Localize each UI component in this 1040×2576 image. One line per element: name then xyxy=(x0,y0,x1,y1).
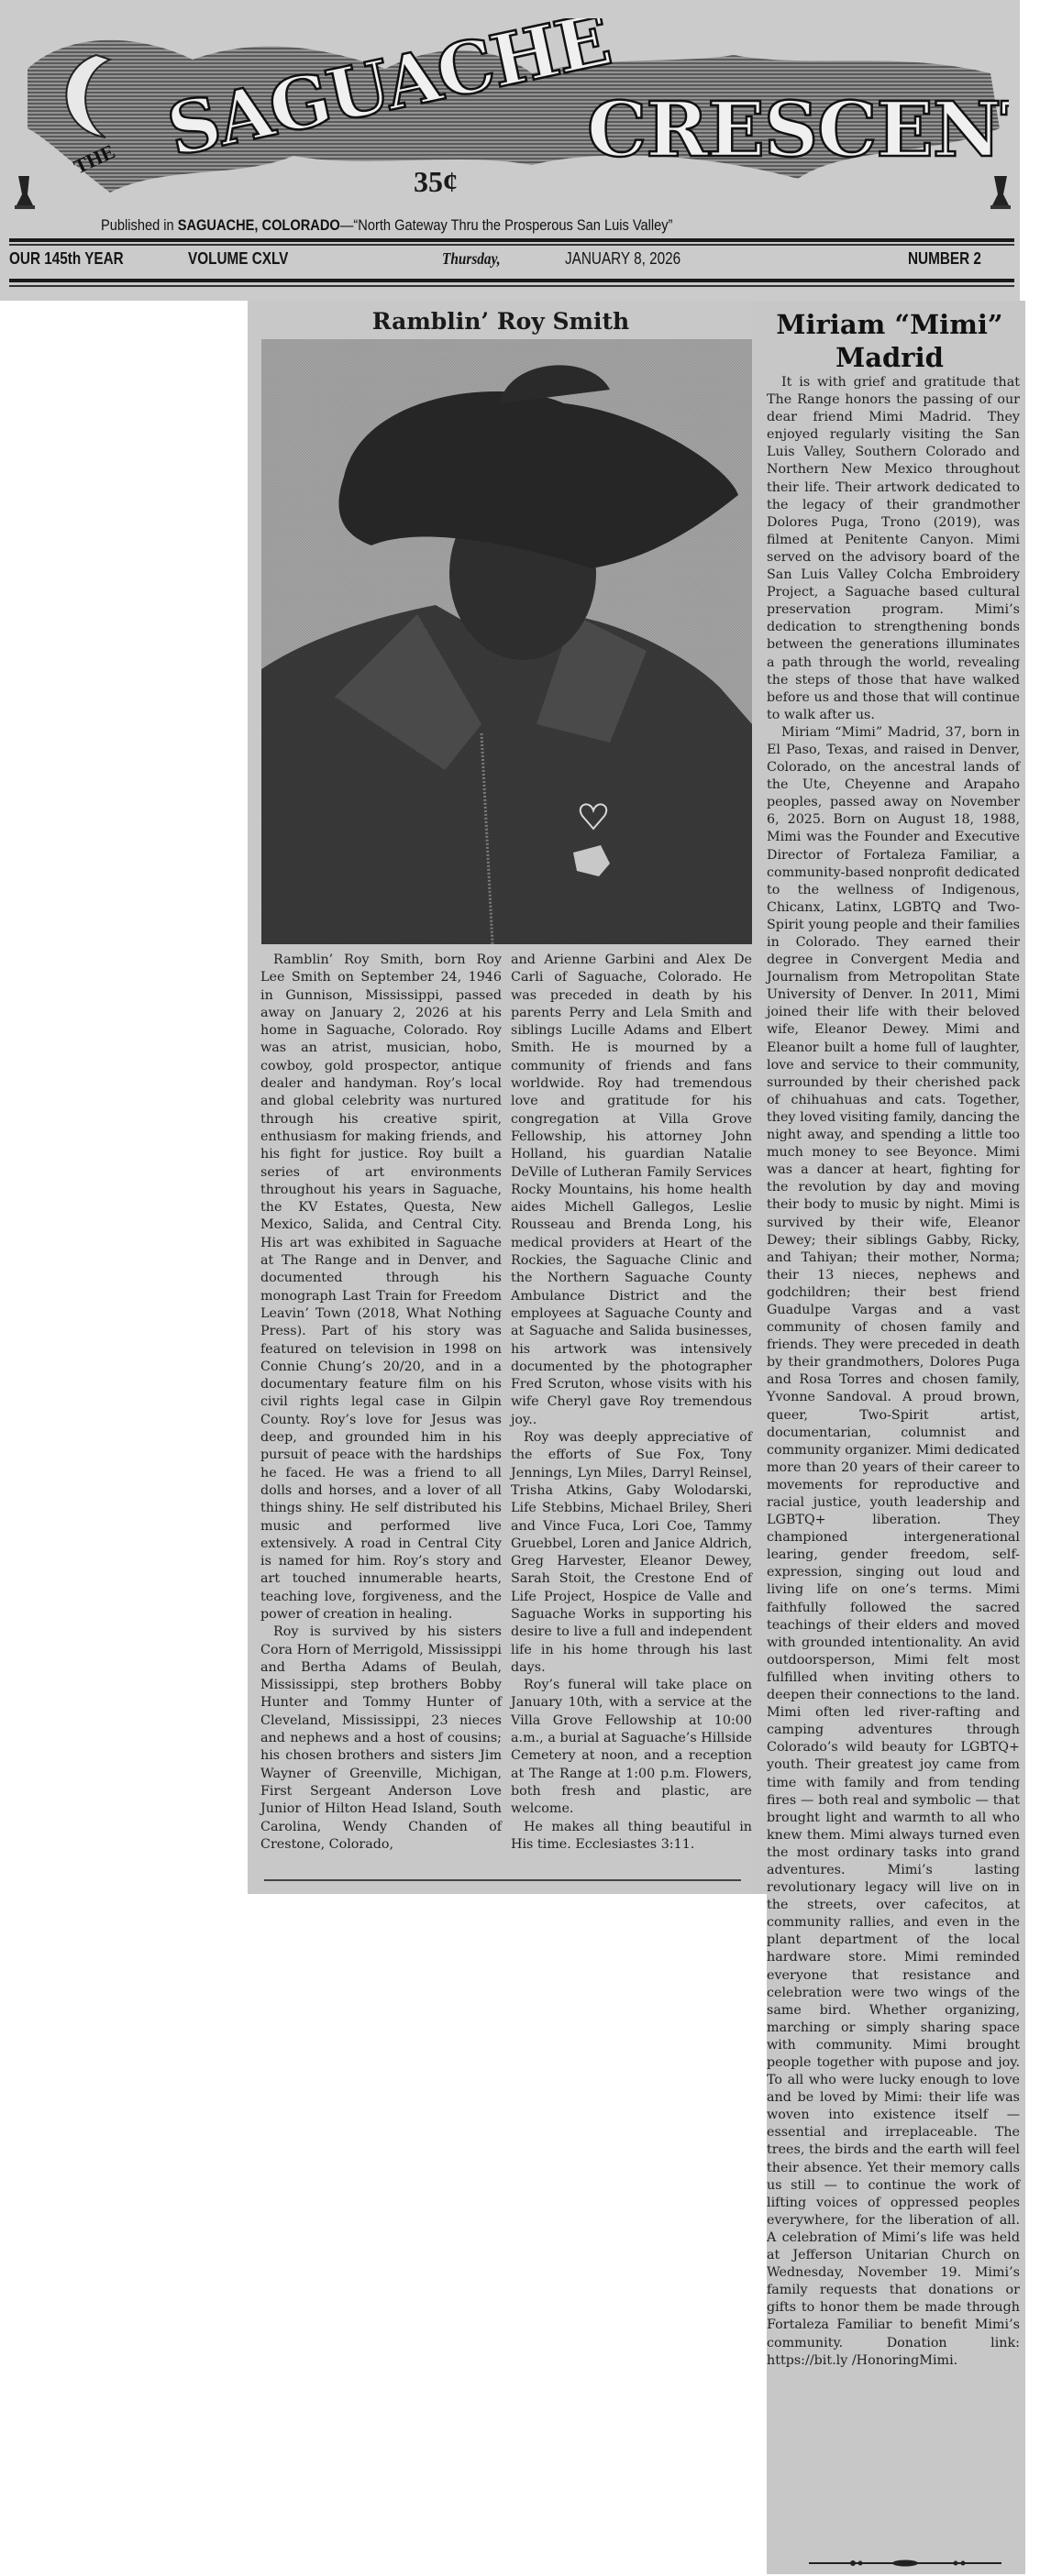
year-label: OUR 145th YEAR xyxy=(9,249,124,269)
price: 35¢ xyxy=(0,165,871,199)
article-column-1: Ramblin’ Roy Smith, born Roy Lee Smith o… xyxy=(260,952,502,1854)
paragraph: and Arienne Garbini and Alex De Carli of… xyxy=(511,952,752,1429)
article-body: Ramblin’ Roy Smith, born Roy Lee Smith o… xyxy=(260,952,752,1854)
tagline: Published in SAGUACHE, COLORADO—“North G… xyxy=(101,216,672,235)
issue-date: JANUARY 8, 2026 xyxy=(565,249,680,269)
page-margin xyxy=(754,1894,767,2576)
article-headline: Miriam “Mimi” Madrid xyxy=(754,308,1025,374)
paragraph: It is with grief and gratitude that The … xyxy=(767,374,1020,724)
title-word2: CRESCENT xyxy=(587,86,1009,174)
rule-divider xyxy=(9,285,1014,287)
portrait-photo xyxy=(261,339,752,944)
rule-divider xyxy=(9,279,1014,282)
paragraph: Ramblin’ Roy Smith, born Roy Lee Smith o… xyxy=(260,952,502,1624)
paragraph: Miriam “Mimi” Madrid, 37, born in El Pas… xyxy=(767,724,1020,2370)
paragraph: Roy is survived by his sisters Cora Horn… xyxy=(260,1624,502,1854)
tagline-place: SAGUACHE, COLORADO xyxy=(178,216,340,234)
masthead: THE SAGUACHE CRESCENT 35¢ Published in S… xyxy=(0,0,1020,301)
volume-label: VOLUME CXLV xyxy=(188,249,288,269)
headline-line-1: Miriam “Mimi” xyxy=(754,308,1025,341)
article-miriam-madrid: Miriam “Mimi” Madrid It is with grief an… xyxy=(754,301,1025,2574)
article-column-2: and Arienne Garbini and Alex De Carli of… xyxy=(511,952,752,1854)
dateline: OUR 145th YEAR VOLUME CXLV Thursday, JAN… xyxy=(9,249,1011,271)
article-end-rule xyxy=(264,1879,741,1881)
issue-day: Thursday, xyxy=(442,249,501,269)
headline-line-2: Madrid xyxy=(754,341,1025,374)
paragraph: Roy’s funeral will take place on January… xyxy=(511,1677,752,1818)
tagline-quote: —“North Gateway Thru the Prosperous San … xyxy=(340,216,673,234)
paragraph: Roy was deeply appreciative of the effor… xyxy=(511,1429,752,1677)
issue-number: NUMBER 2 xyxy=(908,249,981,269)
tagline-prefix: Published in xyxy=(101,216,178,234)
article-roy-smith: Ramblin’ Roy Smith xyxy=(248,301,754,1894)
portrait-image xyxy=(261,339,752,944)
rule-divider xyxy=(9,238,1014,242)
article-body: It is with grief and gratitude that The … xyxy=(767,374,1020,2370)
ornament-right-icon xyxy=(989,174,1012,211)
end-ornament-icon xyxy=(809,2559,1001,2567)
article-headline: Ramblin’ Roy Smith xyxy=(248,308,754,335)
rule-divider xyxy=(9,244,1014,246)
paragraph: He makes all thing beautiful in His time… xyxy=(511,1819,752,1855)
